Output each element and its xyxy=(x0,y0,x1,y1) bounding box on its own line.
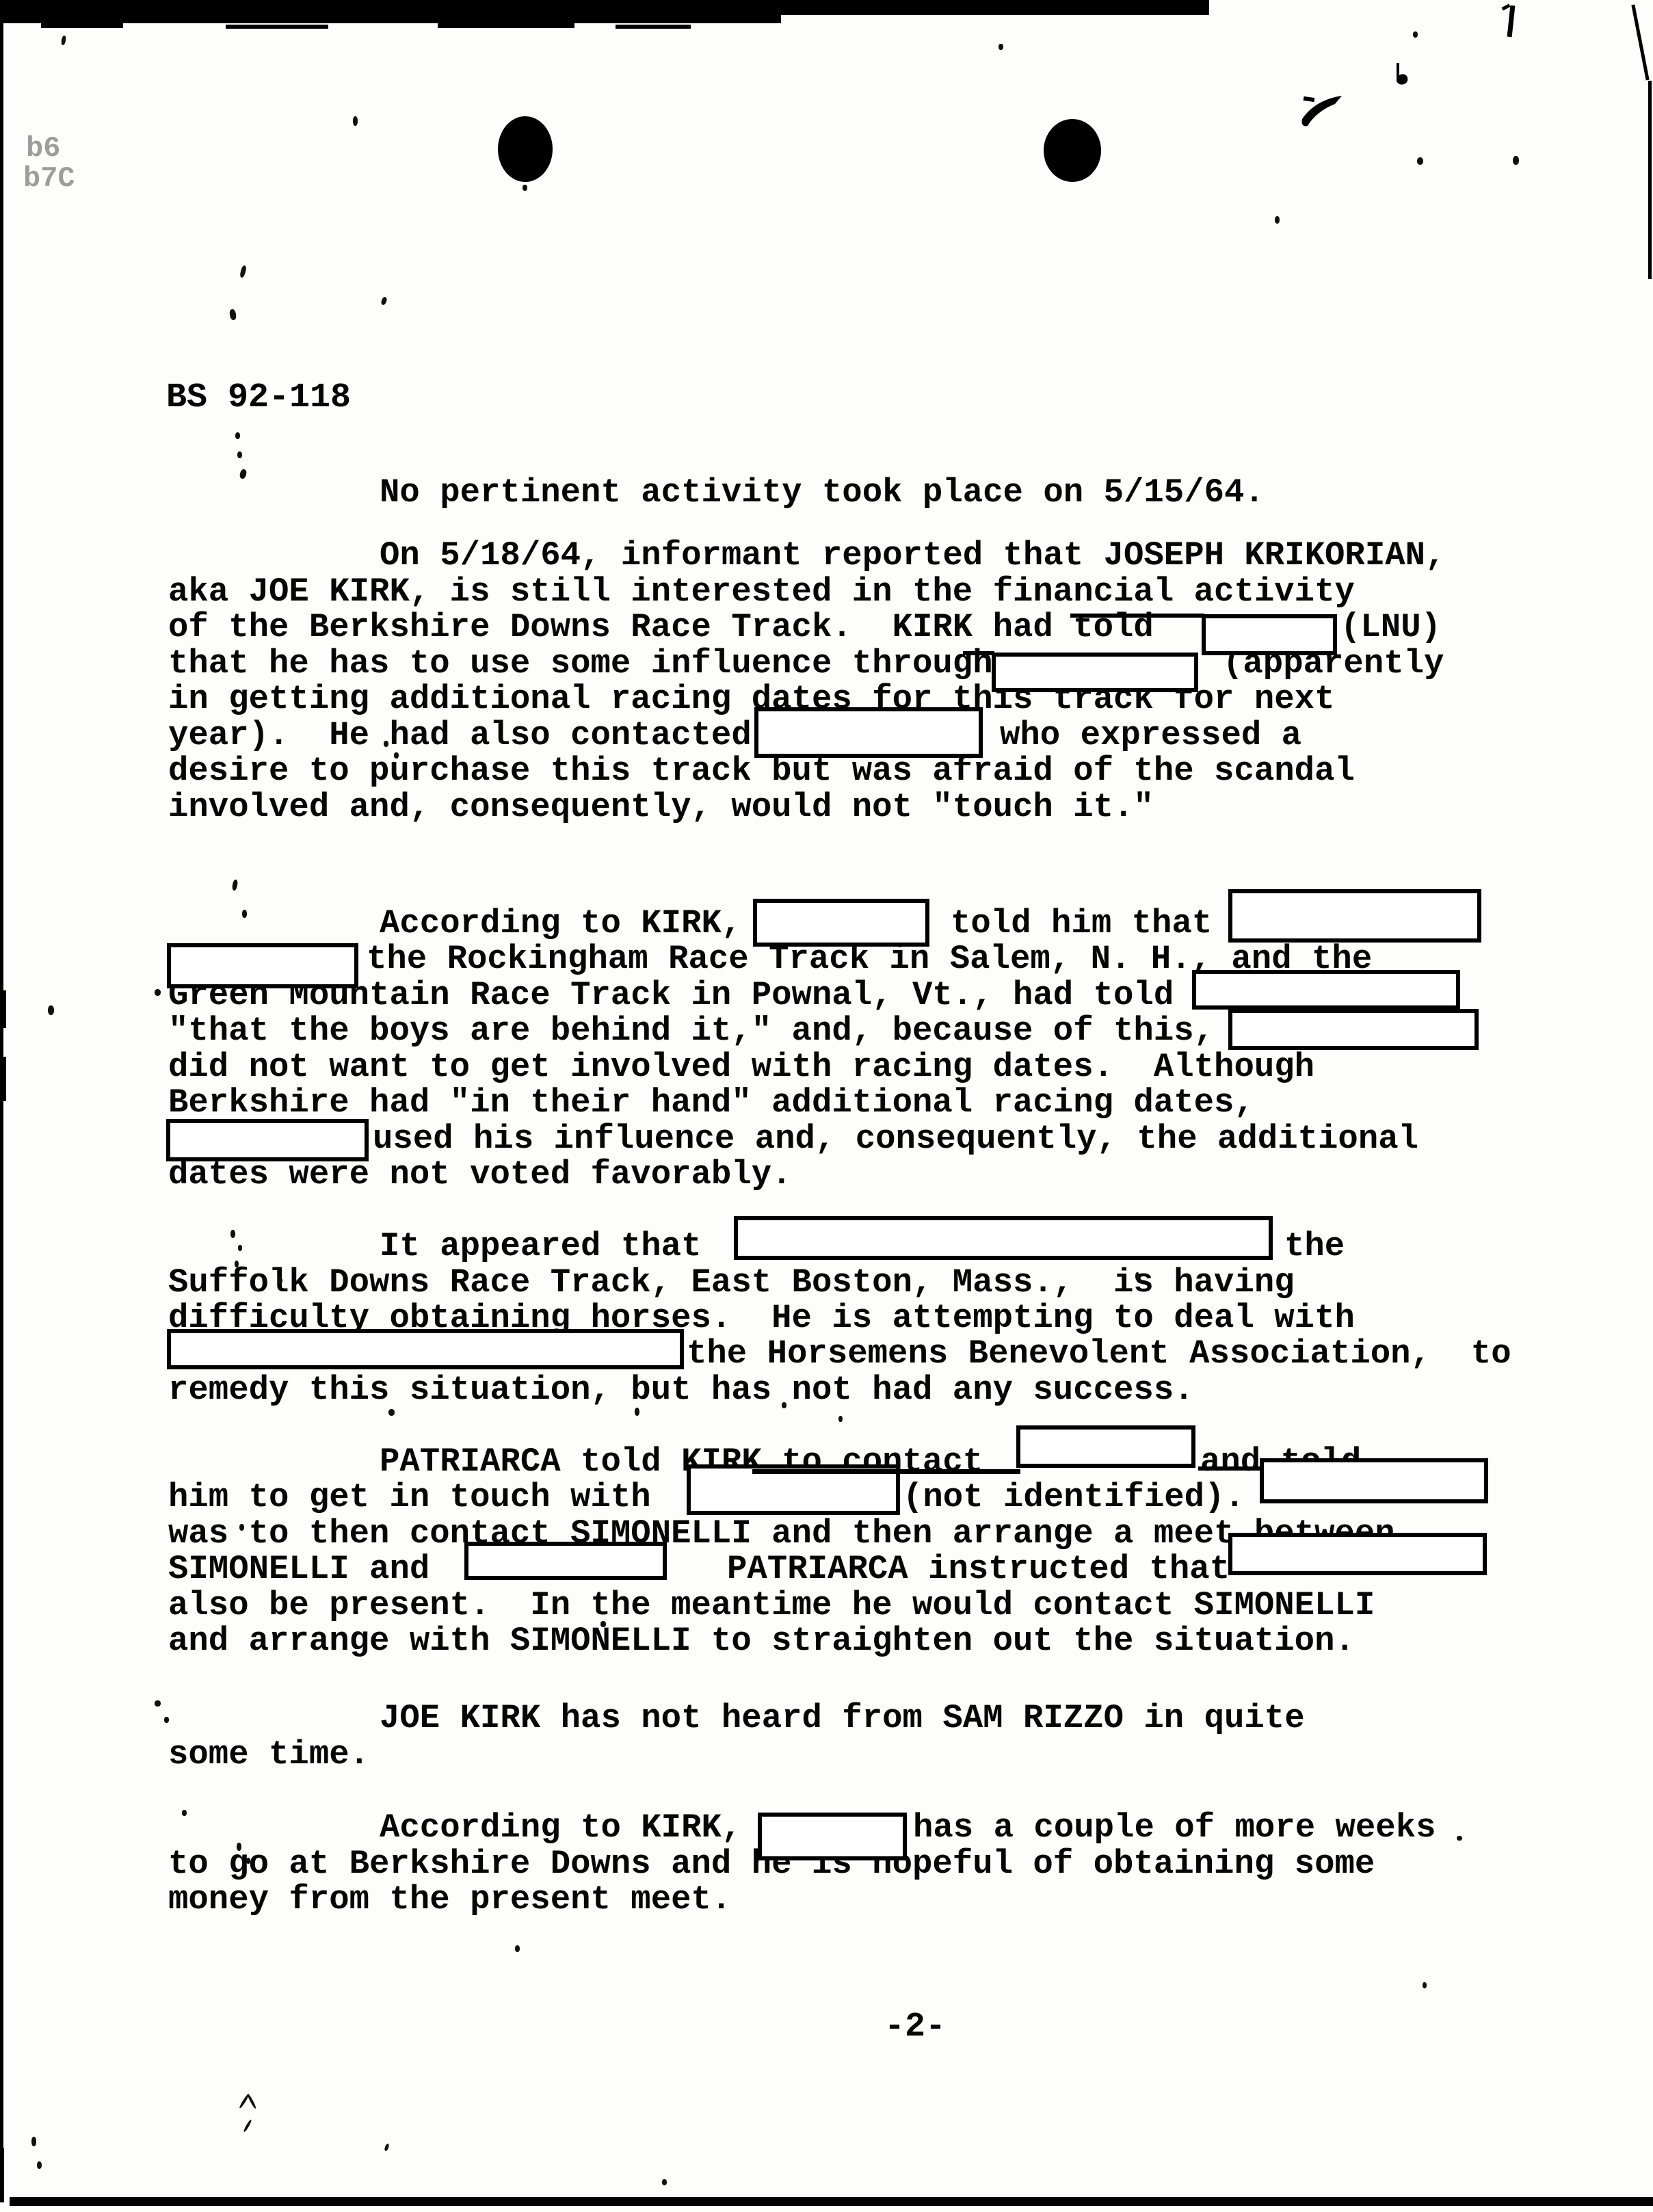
text-run: It appeared that xyxy=(380,1228,701,1264)
ink-speck xyxy=(247,2093,257,2109)
ink-speck xyxy=(155,1700,161,1707)
ink-speck xyxy=(238,1245,242,1251)
redaction-box xyxy=(758,1813,907,1860)
redaction-box xyxy=(1192,970,1460,1010)
scan-edge-top-ragged xyxy=(226,25,328,29)
scan-edge-left-line xyxy=(0,10,3,2201)
text-run: year). He had also contacted xyxy=(168,717,752,753)
text-run: of the Berkshire Downs Race Track. KIRK … xyxy=(168,609,1154,645)
text-run: some time. xyxy=(168,1737,369,1772)
hole-punch-mark xyxy=(498,116,553,182)
ink-speck xyxy=(353,116,358,126)
ink-speck xyxy=(31,2137,36,2146)
ink-speck xyxy=(239,469,247,479)
scanned-document-page: b6 b7C BS 92-118 -2- No pertinent activi… xyxy=(0,0,1653,2212)
ink-speck xyxy=(239,1524,244,1531)
redaction-box xyxy=(753,899,929,947)
ink-speck xyxy=(1135,1272,1139,1280)
scan-line-artifact xyxy=(1198,1466,1262,1471)
scan-edge-top-ragged xyxy=(41,23,123,28)
scan-edge-bottom-bar xyxy=(10,2197,1653,2206)
pen-b-squiggle-mark xyxy=(1392,63,1410,86)
text-run: that he has to use some influence throug… xyxy=(168,646,993,681)
text-run: On 5/18/64, informant reported that JOSE… xyxy=(380,538,1445,573)
tally-one-pen-mark xyxy=(1507,5,1516,37)
redaction-box xyxy=(1228,1009,1479,1050)
text-run: told him that xyxy=(951,906,1212,941)
ink-speck xyxy=(380,296,388,306)
text-run: did not want to get involved with racing… xyxy=(168,1049,1314,1085)
text-run: dates were not voted favorably. xyxy=(168,1157,792,1192)
scan-edge-top-ragged xyxy=(616,25,691,29)
ink-speck xyxy=(230,1230,235,1238)
scan-line-artifact xyxy=(1070,614,1204,618)
text-run: desire to purchase this track but was af… xyxy=(168,753,1355,789)
ink-speck xyxy=(242,910,247,918)
ink-speck xyxy=(239,265,247,278)
redaction-box xyxy=(167,943,358,988)
tally-one-pen-mark-serif xyxy=(1502,3,1511,10)
text-run: PATRIARCA instructed that xyxy=(727,1551,1230,1587)
text-run: No pertinent activity took place on 5/15… xyxy=(380,475,1265,510)
pen-swoosh-mark xyxy=(1299,92,1346,131)
text-run: involved and, consequently, would not "t… xyxy=(168,789,1154,825)
ink-speck xyxy=(384,741,388,747)
text-run: the xyxy=(1284,1228,1345,1264)
text-run: According to KIRK, xyxy=(380,1810,741,1845)
ink-speck xyxy=(999,44,1003,50)
text-run: money from the present meet. xyxy=(168,1882,731,1917)
scan-corner-diagonal-mark xyxy=(1631,5,1649,81)
hole-punch-mark xyxy=(1044,119,1101,182)
ink-speck xyxy=(235,432,240,439)
ink-speck xyxy=(1413,31,1418,38)
ink-speck xyxy=(523,185,527,191)
text-run: (not identified). xyxy=(903,1479,1245,1515)
scan-edge-left-blob xyxy=(0,2148,4,2202)
text-run: SIMONELLI and xyxy=(168,1551,429,1587)
text-run: JOE KIRK has not heard from SAM RIZZO in… xyxy=(380,1700,1305,1736)
text-run: used his influence and, consequently, th… xyxy=(373,1121,1418,1157)
redaction-box xyxy=(167,1329,684,1369)
page-number: -2- xyxy=(884,2010,946,2045)
ink-speck xyxy=(243,2119,252,2132)
ink-speck xyxy=(61,36,66,46)
scan-line-artifact xyxy=(752,1469,1020,1474)
text-run: aka JOE KIRK, is still interested in the… xyxy=(168,574,1355,609)
ink-speck xyxy=(1513,156,1519,165)
ink-speck xyxy=(1457,1836,1462,1841)
text-run: was to then contact SIMONELLI and then a… xyxy=(168,1516,1395,1551)
redaction-box xyxy=(1228,889,1481,943)
ink-speck xyxy=(182,1810,187,1816)
scan-edge-top-ragged xyxy=(438,23,574,28)
redaction-box xyxy=(1260,1458,1488,1503)
text-run: According to KIRK, xyxy=(380,906,741,941)
ink-speck xyxy=(237,451,242,458)
redaction-box xyxy=(1202,614,1337,655)
ink-speck xyxy=(662,2179,667,2185)
scan-edge-left-blob xyxy=(0,990,6,1028)
redaction-box xyxy=(166,1119,369,1161)
scan-edge-top-bar-thick xyxy=(0,0,781,23)
ink-speck xyxy=(155,989,161,996)
text-run: who expressed a xyxy=(1000,717,1301,753)
text-run: (LNU) xyxy=(1340,609,1441,645)
ink-speck xyxy=(600,1621,606,1627)
ink-speck xyxy=(164,1717,169,1723)
case-number: BS 92-118 xyxy=(166,380,351,416)
text-run: Suffolk Downs Race Track, East Boston, M… xyxy=(168,1265,1295,1300)
ink-speck xyxy=(515,1945,520,1952)
scan-line-artifact xyxy=(963,651,994,655)
redaction-box xyxy=(992,653,1198,692)
ink-speck xyxy=(388,1409,395,1416)
ink-speck xyxy=(37,2161,42,2169)
classification-mark-b7c: b7C xyxy=(23,163,75,194)
text-run: him to get in touch with xyxy=(168,1479,651,1515)
ink-speck xyxy=(1423,1982,1427,1988)
ink-speck xyxy=(394,752,399,759)
ink-speck xyxy=(278,1278,282,1284)
ink-speck xyxy=(246,1858,250,1864)
ink-speck xyxy=(1417,157,1423,165)
ink-speck xyxy=(1275,216,1280,224)
text-run: Berkshire had "in their hand" additional… xyxy=(168,1085,1254,1120)
ink-speck xyxy=(384,2143,389,2151)
text-run: has a couple of more weeks xyxy=(913,1810,1436,1845)
text-run: also be present. In the meantime he woul… xyxy=(168,1588,1375,1623)
ink-speck xyxy=(782,1402,786,1408)
text-run: and arrange with SIMONELLI to straighten… xyxy=(168,1623,1355,1659)
redaction-box xyxy=(464,1542,667,1580)
text-run: remedy this situation, but has not had a… xyxy=(168,1372,1194,1408)
ink-speck xyxy=(48,1005,54,1015)
ink-speck xyxy=(237,1843,241,1851)
redaction-box xyxy=(754,707,983,758)
ink-speck xyxy=(235,1261,239,1267)
ink-speck xyxy=(229,308,237,320)
ink-speck xyxy=(232,880,239,891)
scan-edge-right-line xyxy=(1648,81,1652,279)
redaction-box xyxy=(1016,1425,1195,1468)
redaction-box xyxy=(1228,1533,1487,1575)
redaction-box xyxy=(734,1216,1273,1260)
ink-speck xyxy=(838,1416,843,1422)
text-run: "that the boys are behind it," and, beca… xyxy=(168,1013,1214,1049)
classification-mark-b6: b6 xyxy=(26,133,60,163)
ink-speck xyxy=(635,1408,639,1416)
text-run: the Horsemens Benevolent Association, to xyxy=(687,1336,1511,1371)
scan-edge-left-blob xyxy=(0,1057,6,1101)
